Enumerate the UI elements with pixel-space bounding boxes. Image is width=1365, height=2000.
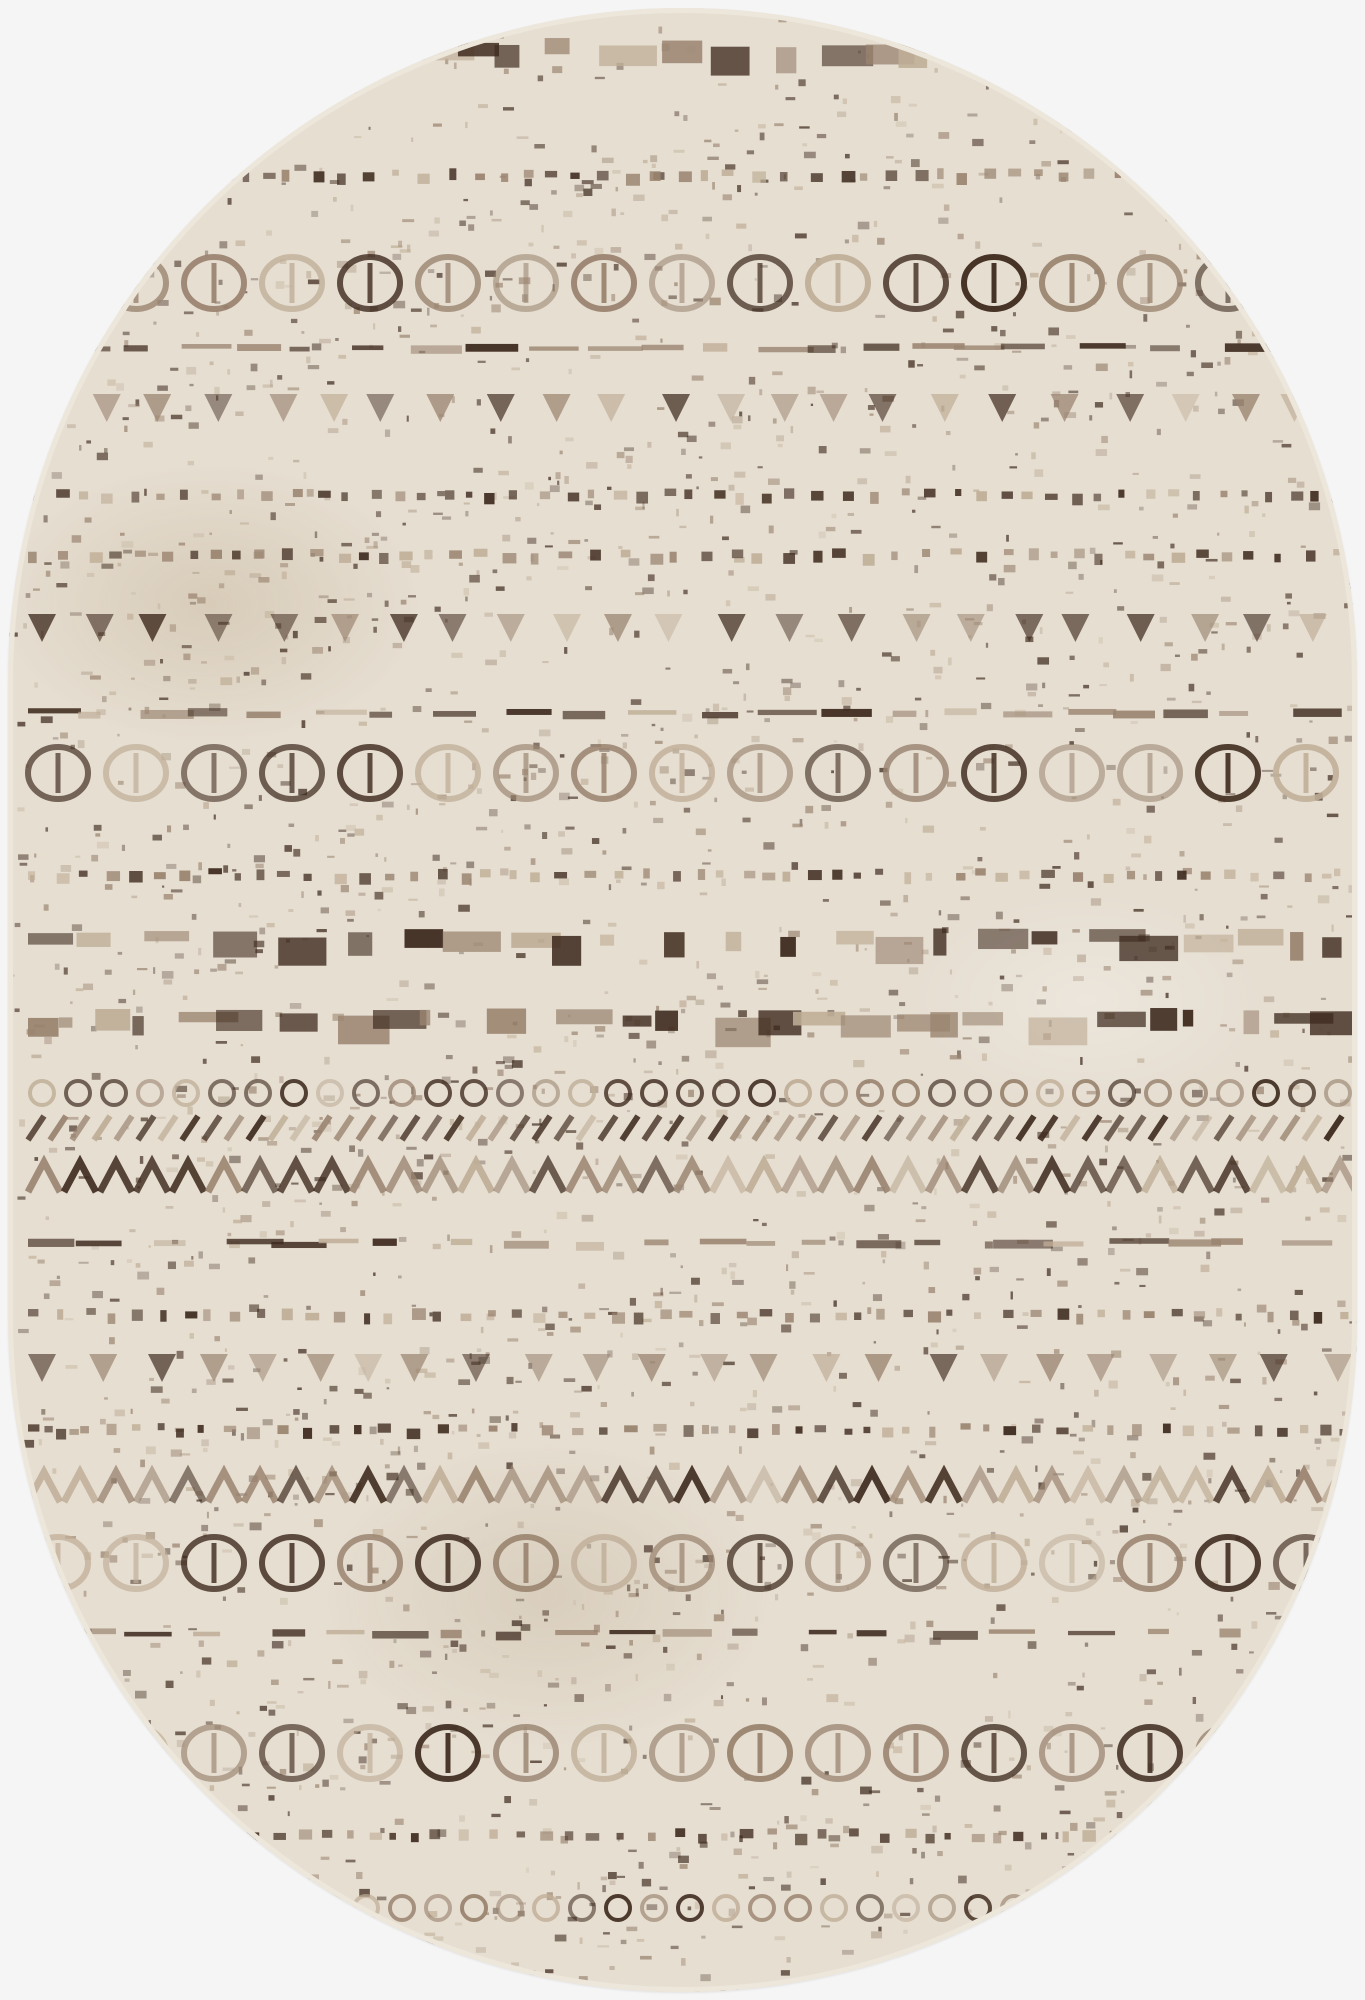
- rug-pattern: [8, 8, 1357, 1992]
- oval-rug: [8, 8, 1357, 1992]
